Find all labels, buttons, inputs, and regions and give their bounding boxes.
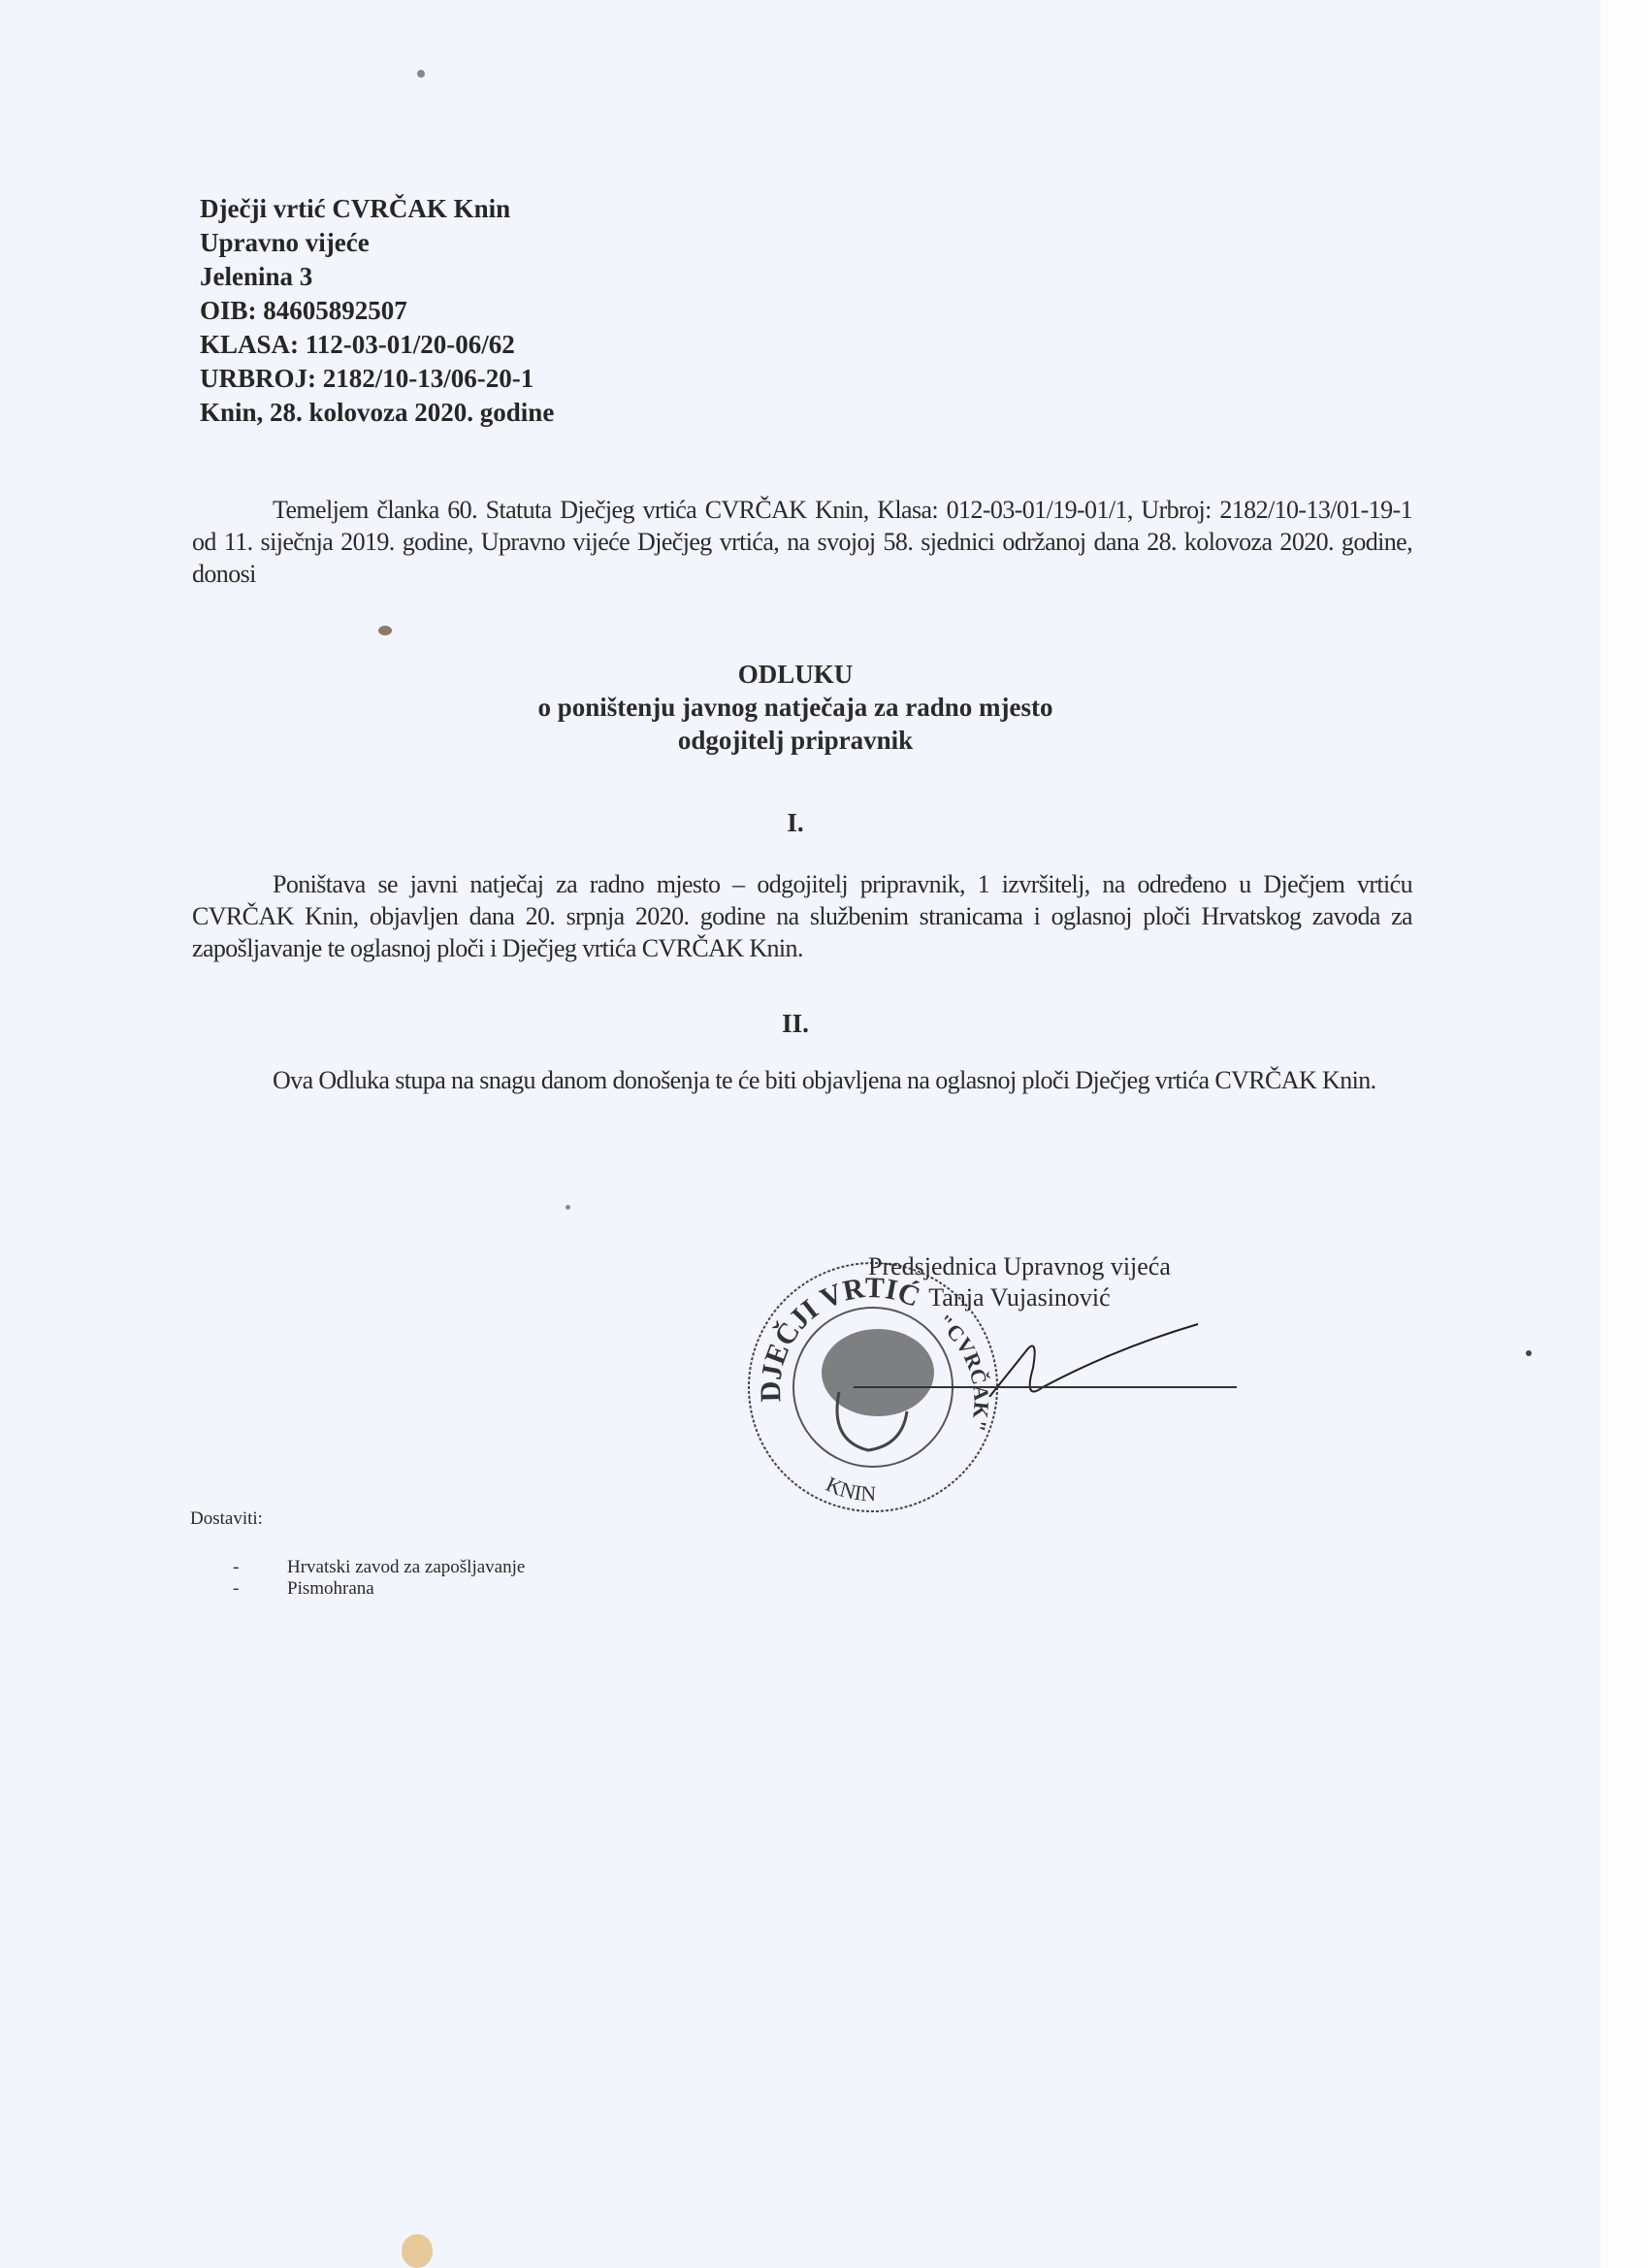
title-main: ODLUKU [0,658,1591,691]
intro-paragraph: Temeljem članka 60. Statuta Dječjeg vrti… [192,494,1412,590]
list-item: -Pismohrana [233,1578,525,1600]
page-edge [1600,0,1649,2268]
urbroj: URBROJ: 2182/10-13/06-20-1 [200,362,554,396]
signer-role: Predsjednica Upravnog vijeća [868,1251,1171,1282]
intro-text: Temeljem članka 60. Statuta Dječjeg vrti… [192,496,1412,588]
scan-speck [417,70,425,78]
section-2-paragraph: Ova Odluka stupa na snagu danom donošenj… [192,1064,1412,1096]
handwritten-signature-icon [970,1310,1212,1397]
address: Jelenina 3 [200,260,554,294]
oib: OIB: 84605892507 [200,294,554,328]
paper-stain [402,2234,433,2268]
title-sub1: o poništenju javnog natječaja za radno m… [0,691,1591,724]
letterhead: Dječji vrtić CVRČAK Knin Upravno vijeće … [200,192,554,430]
scan-speck [378,626,392,635]
section-number-1: I. [0,808,1591,838]
section-1-text: Poništava se javni natječaj za radno mje… [192,870,1412,962]
klasa: KLASA: 112-03-01/20-06/62 [200,328,554,362]
distribution-list: -Hrvatski zavod za zapošljavanje -Pismoh… [233,1557,525,1600]
body-name: Upravno vijeće [200,226,554,260]
decision-title: ODLUKU o poništenju javnog natječaja za … [0,658,1591,757]
section-1-paragraph: Poništava se javni natječaj za radno mje… [192,868,1412,964]
institution-name: Dječji vrtić CVRČAK Knin [200,192,554,226]
distribution-label: Dostaviti: [190,1508,263,1530]
section-number-2: II. [0,1009,1591,1039]
signature-block: Predsjednica Upravnog vijeća Tanja Vujas… [868,1251,1171,1313]
list-item: -Hrvatski zavod za zapošljavanje [233,1557,525,1578]
signature-line [854,1386,1237,1388]
place-date: Knin, 28. kolovoza 2020. godine [200,396,554,430]
svg-text:KNIN: KNIN [823,1472,877,1506]
scan-speck [1526,1350,1532,1356]
section-2-text: Ova Odluka stupa na snagu danom donošenj… [273,1066,1376,1094]
scan-speck [566,1205,570,1210]
title-sub2: odgojitelj pripravnik [0,724,1591,757]
